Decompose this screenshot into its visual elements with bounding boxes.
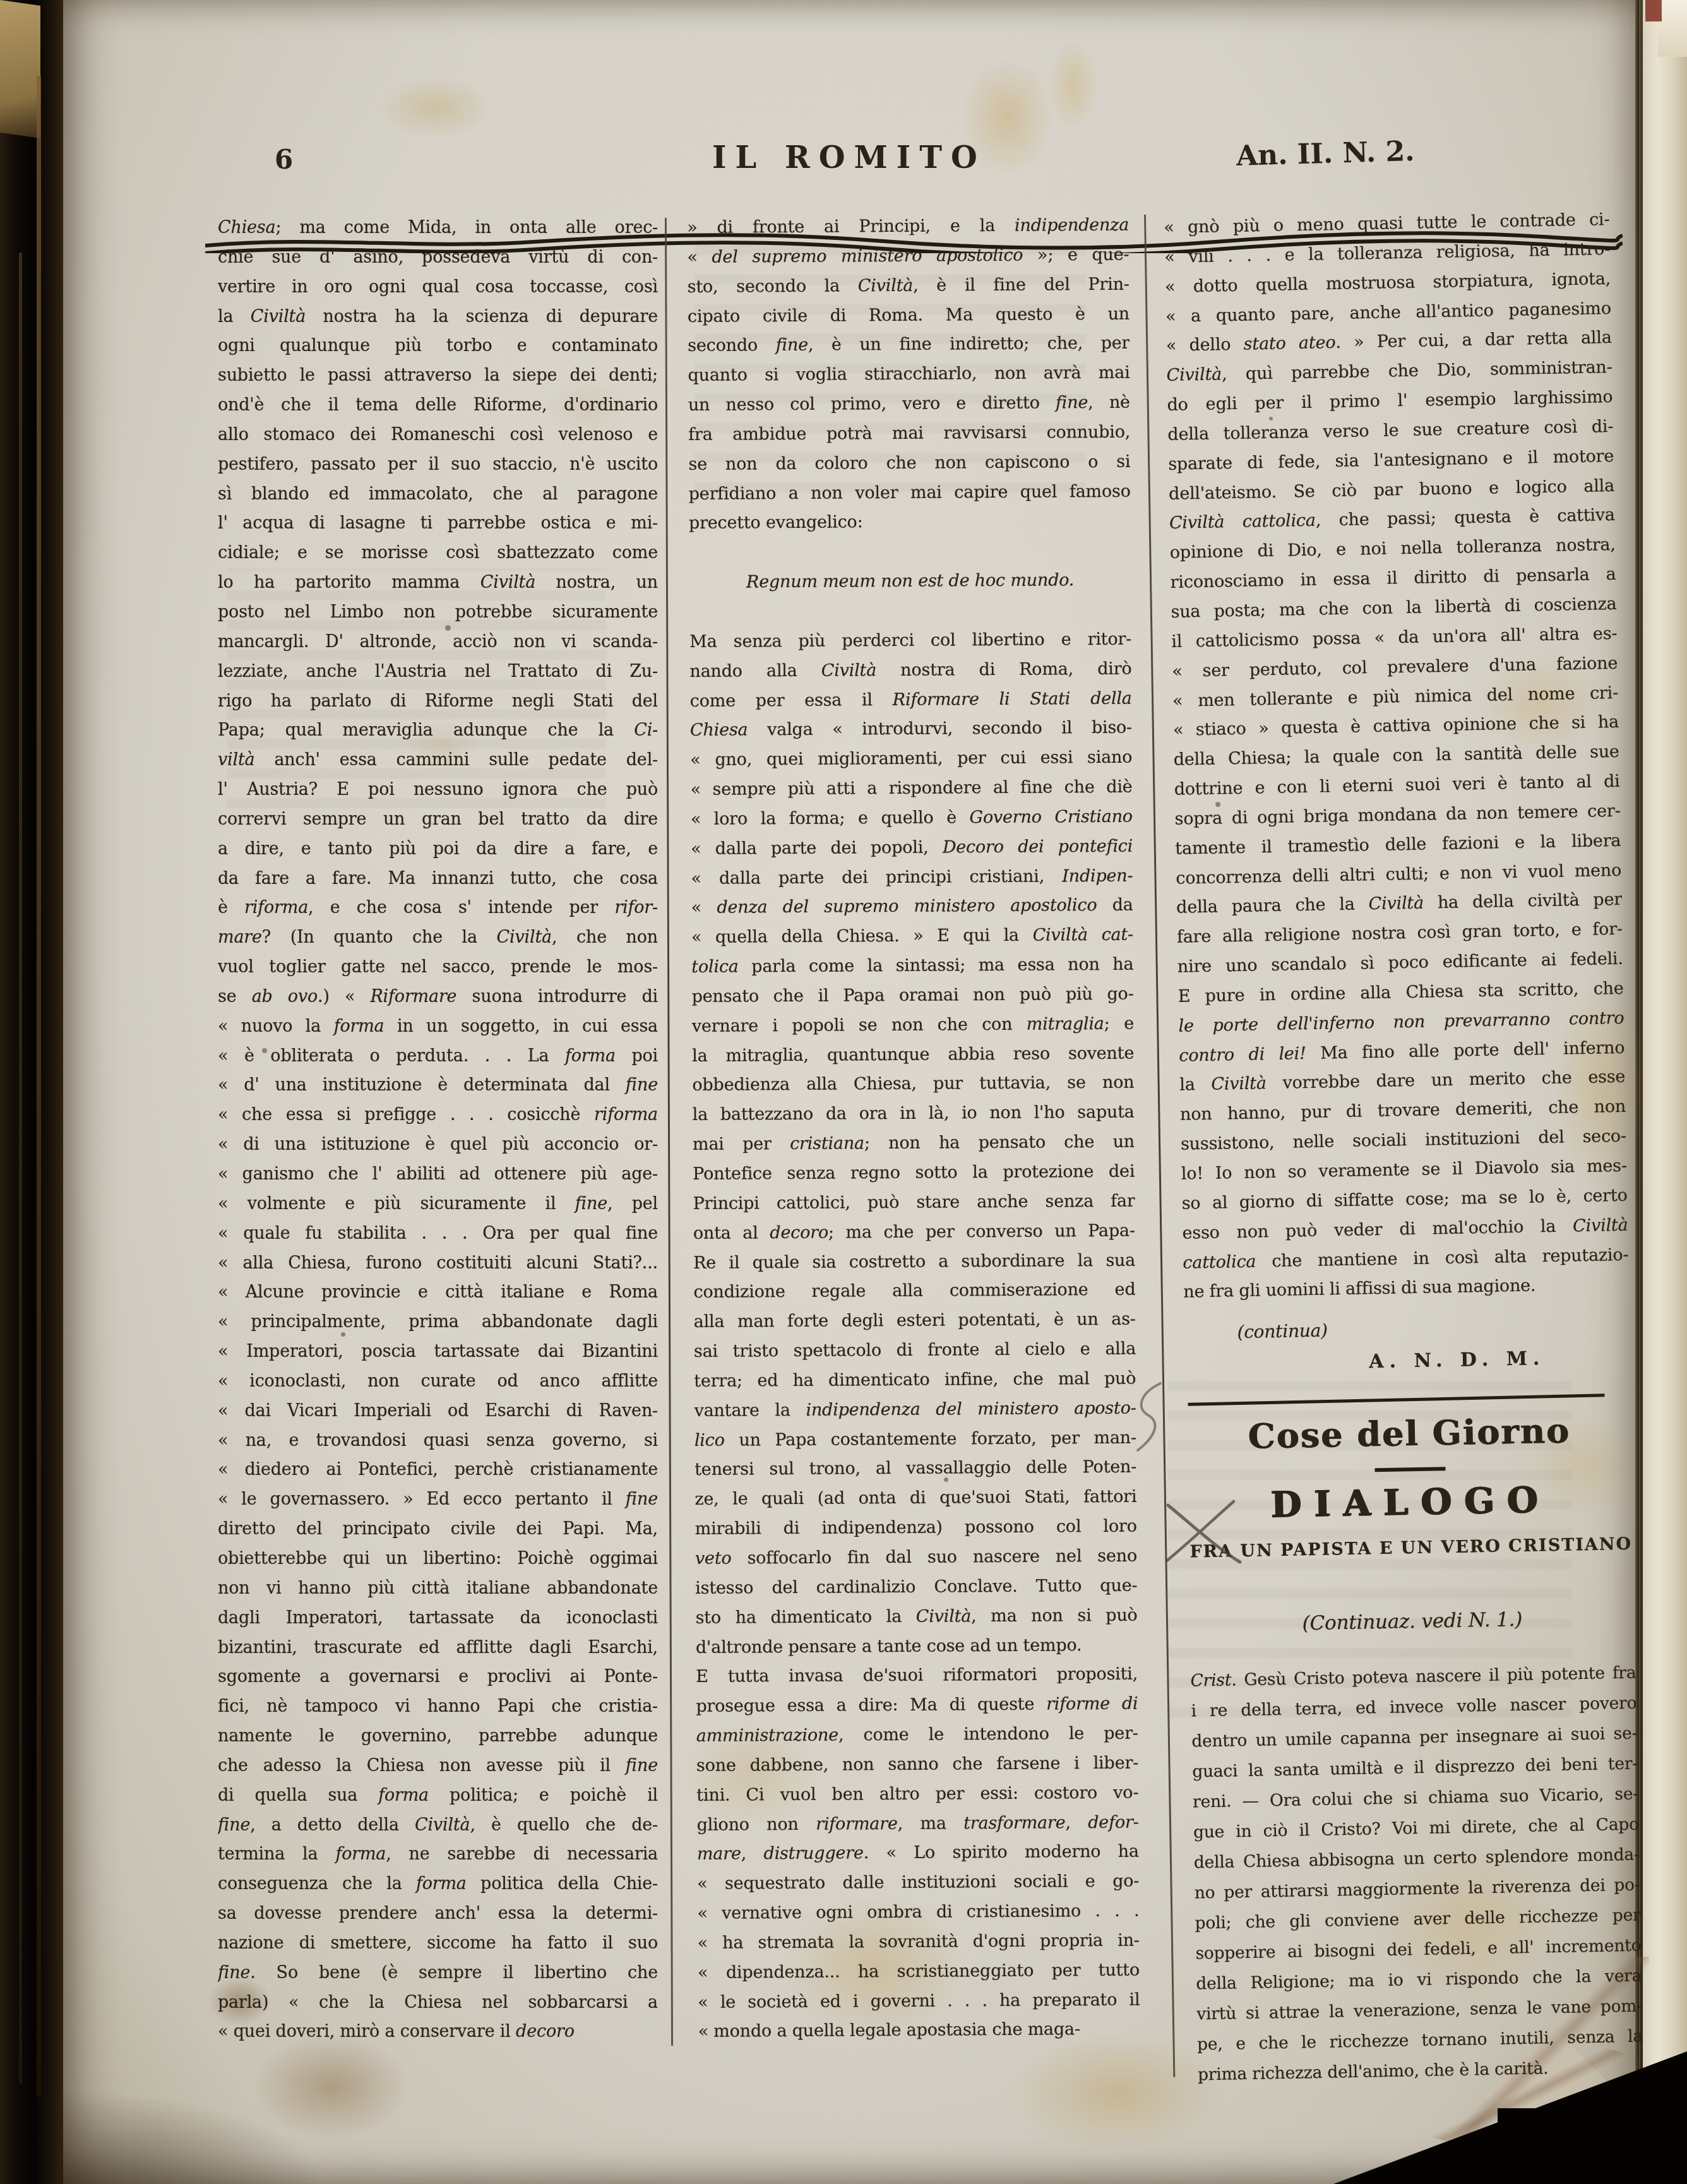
text-line: « dalla parte dei popoli, Decoro dei pon… bbox=[691, 832, 1133, 864]
text-line: d'altronde pensare a tante cose ad un te… bbox=[696, 1630, 1138, 1662]
underlying-page-corner bbox=[0, 0, 40, 138]
text-line: pensato che il Papa oramai non può più g… bbox=[691, 980, 1133, 1012]
text-line: se ab ovo.) « Riformare suona introdurre… bbox=[218, 982, 658, 1012]
page-number: 6 bbox=[275, 144, 293, 175]
text-line: rigo ha parlato di Riforme negli Stati d… bbox=[218, 687, 658, 717]
text-line: sai tristo spettacolo di fronte al cielo… bbox=[694, 1335, 1136, 1367]
short-divider-rule bbox=[1374, 1467, 1445, 1472]
text-line: Principi cattolici, può stare anche senz… bbox=[693, 1187, 1135, 1219]
text-line: « del supremo ministero apostolico »; e … bbox=[687, 241, 1129, 273]
text-line: termina la forma, ne sarebbe di necessar… bbox=[218, 1840, 658, 1870]
text-line: di quella sua forma politica; e poichè i… bbox=[218, 1781, 658, 1811]
text-line: fra ambidue potrà mai ravvisarsi connubi… bbox=[688, 418, 1130, 450]
text-line: subietto le passi attraverso la siepe de… bbox=[218, 361, 658, 391]
text-line: « sempre più atti a rispondere al fine c… bbox=[690, 773, 1132, 805]
text-line: lo ha partorito mamma Civiltà nostra, un bbox=[218, 568, 658, 598]
text-line: alla man forte degli esteri potentati, è… bbox=[694, 1305, 1136, 1337]
text-line: sto ha dimenticato la Civiltà, ma non si… bbox=[695, 1601, 1137, 1633]
text-line: vuol toglier gatte nel sacco, prende le … bbox=[218, 953, 658, 982]
text-line: se non da coloro che non capiscono o si bbox=[688, 447, 1130, 479]
text-line: « denza del supremo ministero apostolico… bbox=[691, 891, 1133, 923]
text-line: obietterebbe qui un libertino: Poichè og… bbox=[218, 1544, 658, 1574]
text-line: ond'è che il tema delle Riforme, d'ordin… bbox=[218, 391, 658, 421]
text-line: pestifero, passato per il suo staccio, n… bbox=[218, 450, 658, 480]
issue-number: An. II. N. 2. bbox=[1236, 135, 1415, 172]
text-line: Regnum meum non est de hoc mundo. bbox=[689, 566, 1131, 598]
text-line: dagli Imperatori, tartassate da iconocla… bbox=[218, 1604, 658, 1633]
text-line: istesso del cardinalizio Conclave. Tutto… bbox=[695, 1571, 1137, 1603]
text-line: namente le governino, parrebbe adunque bbox=[218, 1722, 658, 1751]
text-line: vertire in oro ogni qual cosa toccasse, … bbox=[218, 273, 658, 302]
text-line: Chiesa valga « introdurvi, secondo il bi… bbox=[690, 713, 1132, 746]
text-line: perfidiano a non voler mai capire quel f… bbox=[689, 477, 1131, 509]
text-line: « mondo a quella legale apostasia che ma… bbox=[698, 2015, 1140, 2047]
text-line: lico un Papa costantemente forzato, per … bbox=[694, 1423, 1136, 1455]
text-line: secondo fine, è un fine indiretto; che, … bbox=[688, 329, 1130, 361]
text-line: « di una istituzione è quel più acconcio… bbox=[218, 1130, 658, 1160]
text-line: « quale fu stabilita . . . Ora per qual … bbox=[218, 1219, 658, 1249]
section-divider-rule bbox=[1188, 1393, 1605, 1405]
dialog-text: Crist. Gesù Cristo poteva nascere il più… bbox=[1190, 1658, 1643, 2091]
text-line: mai per cristiana; non ha pensato che un bbox=[693, 1128, 1135, 1160]
text-column-3: « gnò più o meno quasi tutte le contrade… bbox=[1164, 205, 1643, 2091]
text-line: mare, distruggere. « Lo spirito moderno … bbox=[697, 1837, 1139, 1870]
text-line: diretto del principato civile dei Papi. … bbox=[218, 1515, 658, 1544]
text-line: « principalmente, prima abbandonate dagl… bbox=[218, 1308, 658, 1337]
text-line: quanto si voglia stiracchiarlo, non avrà… bbox=[688, 359, 1130, 391]
text-line: « gno, quei miglioramenti, per cui essi … bbox=[690, 743, 1132, 775]
text-line: la Civiltà nostra ha la scienza di depur… bbox=[218, 302, 658, 332]
text-line: amministrazione, come le intendono le pe… bbox=[696, 1719, 1138, 1751]
text-line: mirabili di indipendenza) possono col lo… bbox=[695, 1512, 1137, 1544]
page-edge-streak bbox=[37, 76, 41, 2096]
text-line: « volmente e più sicuramente il fine, pe… bbox=[218, 1190, 658, 1219]
page-edge-streak bbox=[19, 253, 22, 2084]
author-initials: A. N. D. M. bbox=[1184, 1343, 1631, 1381]
red-corner-mark bbox=[1645, 0, 1662, 21]
handwritten-squiggle bbox=[1129, 1380, 1173, 1455]
text-line: « le governassero. » Ed ecco pertanto il… bbox=[218, 1485, 658, 1515]
text-line: viltà anch' essa cammini sulle pedate de… bbox=[218, 746, 658, 775]
text-line: l' Austria? E poi nessuno ignora che può bbox=[218, 775, 658, 805]
text-line: veto soffocarlo fin dal suo nascere nel … bbox=[695, 1542, 1137, 1574]
text-line: sto, secondo la Civiltà, è il fine del P… bbox=[688, 270, 1130, 302]
text-line: « è obliterata o perduta. . . La forma p… bbox=[218, 1042, 658, 1071]
text-line: Papa; qual meraviglia adunque che la Ci- bbox=[218, 716, 658, 746]
text-line: sa dovesse prendere anch' essa la determ… bbox=[218, 1899, 658, 1929]
text-line: fici, nè tampoco vi hanno Papi che crist… bbox=[218, 1692, 658, 1722]
handwritten-x-mark bbox=[1163, 1498, 1245, 1567]
text-line: « che essa si prefigge . . . cosicchè ri… bbox=[218, 1101, 658, 1130]
text-line: lezziate, anche l'Austria nel Trattato d… bbox=[218, 657, 658, 687]
text-line: prosegue essa a dire: Ma di queste rifor… bbox=[696, 1690, 1138, 1722]
text-line: parla) « che la Chiesa nel sobbarcarsi a bbox=[218, 1988, 658, 2018]
text-line: sgomente a governarsi e proclivi ai Pont… bbox=[218, 1662, 658, 1692]
text-line: che adesso la Chiesa non avesse più il f… bbox=[218, 1751, 658, 1781]
text-line: « vernative ogni ombra di cristianesimo … bbox=[697, 1897, 1139, 1929]
torn-corner-background bbox=[1498, 2108, 1687, 2184]
text-line: « diedero ai Pontefici, perchè cristiana… bbox=[218, 1455, 658, 1485]
text-line: vernare i popoli se non che con mitragli… bbox=[692, 1009, 1134, 1041]
scanned-newspaper-page: 6 IL ROMITO An. II. N. 2. Chiesa; ma com… bbox=[0, 0, 1687, 2184]
text-line: non vi hanno più città italiane abbandon… bbox=[218, 1574, 658, 1604]
text-line: vantare la indipendenza del ministero ap… bbox=[694, 1393, 1136, 1426]
text-line: « nuovo la forma in un soggetto, in cui … bbox=[218, 1012, 658, 1042]
text-line: « iconoclasti, non curate od anco afflit… bbox=[218, 1367, 658, 1397]
section-title: Cose del Giorno bbox=[1186, 1415, 1632, 1453]
text-line: ze, le quali (ad onta di que'suoi Stati,… bbox=[694, 1483, 1136, 1515]
text-line: « ganismo che l' abiliti ad ottenere più… bbox=[218, 1160, 658, 1190]
text-line: gliono non riformare, ma trasformare, de… bbox=[696, 1808, 1138, 1840]
text-line: mancargli. D' altronde, acciò non vi sca… bbox=[218, 628, 658, 657]
text-line: « loro la forma; e quello è Governo Cris… bbox=[691, 803, 1133, 835]
next-page-edge bbox=[1635, 0, 1687, 2184]
text-line: sone dabbene, non sanno che farsene i li… bbox=[696, 1749, 1138, 1781]
text-line: un nesso col primo, vero e diretto fine,… bbox=[688, 388, 1130, 421]
text-line: « Alcune provincie e città italiane e Ro… bbox=[218, 1278, 658, 1308]
text-line: » di fronte ai Principi, e la indipenden… bbox=[687, 211, 1129, 243]
text-line: « na, e trovandosi quasi senza governo, … bbox=[218, 1426, 658, 1456]
text-line: fine, a detto della Civiltà, è quello ch… bbox=[218, 1811, 658, 1841]
text-line: fine. So bene (è sempre il libertino che bbox=[218, 1959, 658, 1988]
text-line: terra; ed ha dimenticato infine, che mal… bbox=[694, 1364, 1136, 1397]
text-line: cipato civile di Roma. Ma questo è un bbox=[688, 299, 1130, 331]
text-line: sì blando ed immacolato, che al paragone bbox=[218, 480, 658, 510]
text-line: da fare a fare. Ma innanzi tutto, che co… bbox=[218, 864, 658, 894]
text-line: chie sue d' asino, possedeva virtù di co… bbox=[218, 243, 658, 273]
text-line: la battezzano da ora in là, io non l'ho … bbox=[693, 1098, 1135, 1130]
text-line: nando alla Civiltà nostra di Roma, dirò bbox=[689, 654, 1131, 686]
text-line: onta al decoro; ma che per converso un P… bbox=[693, 1216, 1135, 1248]
text-line: « quei doveri, mirò a conservare il deco… bbox=[218, 2017, 658, 2047]
text-line: « quella della Chiesa. » E qui la Civilt… bbox=[691, 921, 1133, 953]
text-line: tenersi sul trono, al vassallaggio delle… bbox=[694, 1453, 1136, 1485]
text-line: a dire, e tanto più poi da dire a fare, … bbox=[218, 835, 658, 864]
text-line: Ma senza più perderci col libertino e ri… bbox=[689, 625, 1131, 657]
text-line: « dipendenza... ha scristianeggiato per … bbox=[698, 1955, 1140, 1988]
page-fold-line bbox=[1640, 0, 1643, 2134]
text-line: « le società ed i governi . . . ha prepa… bbox=[698, 1985, 1140, 2017]
to-be-continued-note: (continua) bbox=[1184, 1311, 1630, 1349]
masthead-title: IL ROMITO bbox=[712, 140, 986, 176]
text-line: corrervi sempre un gran bel tratto da di… bbox=[218, 805, 658, 835]
text-line: tini. Ci vuol ben altro per essi: costor… bbox=[696, 1778, 1138, 1810]
article-subtitle: FRA UN PAPISTA E UN VERO CRISTIANO bbox=[1188, 1529, 1634, 1567]
bottom-left-shadow bbox=[61, 2089, 326, 2184]
text-line: ogni qualunque più torbo e contaminato bbox=[218, 331, 658, 361]
text-line: allo stomaco dei Romaneschi così velenos… bbox=[218, 421, 658, 450]
text-line: come per essa il Riformare li Stati dell… bbox=[690, 684, 1132, 716]
text-line: Re il quale sia costretto a subordinare … bbox=[693, 1246, 1135, 1278]
text-line: « dai Vicari Imperiali od Esarchi di Rav… bbox=[218, 1397, 658, 1426]
text-line: nazione di smettere, siccome ha fatto il… bbox=[218, 1929, 658, 1959]
text-line: mare? (In quanto che la Civiltà, che non bbox=[218, 923, 658, 953]
text-line: condizione regale alla commiserazione ed bbox=[693, 1275, 1135, 1308]
text-line: obbedienza alla Chiesa, pur tuttavia, se… bbox=[692, 1068, 1134, 1101]
text-column-1: Chiesa; ma come Mida, in onta alle orec-… bbox=[218, 213, 658, 2047]
column-3-article-text: « gnò più o meno quasi tutte le contrade… bbox=[1164, 205, 1630, 1308]
text-column-2: » di fronte ai Principi, e la indipenden… bbox=[687, 211, 1140, 2048]
page-corner-sliver bbox=[1658, 0, 1687, 57]
continuation-note: (Continuaz. vedi N. 1.) bbox=[1189, 1603, 1636, 1641]
text-line: conseguenza che la forma politica della … bbox=[218, 1870, 658, 1899]
text-line: tolica parla come la sintassi; ma essa n… bbox=[691, 950, 1133, 982]
article-title: DIALOGO bbox=[1187, 1483, 1633, 1521]
text-line: « Imperatori, poscia tartassate dai Biza… bbox=[218, 1337, 658, 1367]
text-line: « d' una instituzione è determinata dal … bbox=[218, 1071, 658, 1101]
text-line: « dalla parte dei principi cristiani, In… bbox=[691, 861, 1133, 893]
text-line: è riforma, e che cosa s' intende per rif… bbox=[218, 893, 658, 923]
text-line: Pontefice senza regno sotto la protezion… bbox=[693, 1157, 1135, 1190]
text-line: « sequestrato dalle instituzioni sociali… bbox=[697, 1867, 1139, 1899]
text-line: « ha stremata la sovranità d'ogni propri… bbox=[698, 1926, 1140, 1959]
text-line: « alla Chiesa, furono costituiti alcuni … bbox=[218, 1249, 658, 1279]
text-line: bizantini, trascurate ed afflitte dagli … bbox=[218, 1633, 658, 1663]
text-line: precetto evangelico: bbox=[689, 506, 1131, 539]
text-line: Chiesa; ma come Mida, in onta alle orec- bbox=[218, 213, 658, 243]
text-line: l' acqua di lasagne ti parrebbe ostica e… bbox=[218, 509, 658, 539]
text-line: cidiale; e se morisse così sbattezzato c… bbox=[218, 539, 658, 568]
book-gutter-shadow bbox=[0, 0, 63, 2184]
text-line: la mitraglia, quantunque abbia reso sove… bbox=[692, 1039, 1134, 1071]
text-line: E tutta invasa de'suoi riformatori propo… bbox=[696, 1660, 1138, 1692]
text-line: posto nel Limbo non potrebbe sicuramente bbox=[218, 598, 658, 628]
